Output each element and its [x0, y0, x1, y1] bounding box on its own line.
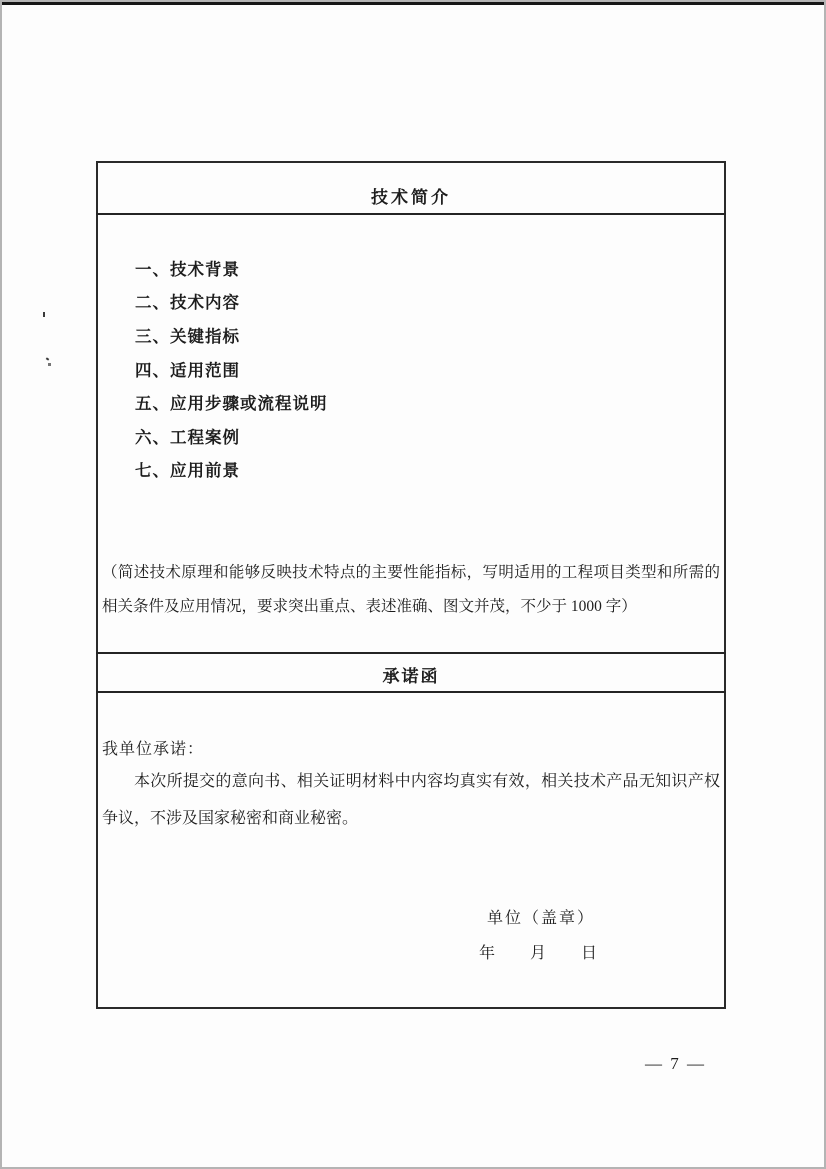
scan-speck	[48, 363, 51, 366]
scan-speck	[43, 312, 45, 317]
divider-under-tech-intro-title	[96, 213, 726, 215]
section-title-commitment: 承诺函	[98, 662, 724, 687]
signature-month-label: 月	[530, 940, 546, 963]
form-outline-box: 技术简介 一、技术背景 二、技术内容 三、关键指标 四、适用范围 五、应用步骤或…	[96, 161, 726, 1009]
list-item-key-indicators: 三、关键指标	[135, 318, 328, 352]
signature-date-line: 年 月 日	[479, 940, 597, 963]
signature-day-label: 日	[581, 940, 597, 963]
commitment-salutation: 我单位承诺：	[102, 736, 204, 759]
list-item-tech-background: 一、技术背景	[135, 251, 328, 285]
scan-speck	[46, 357, 50, 360]
list-item-applicable-scope: 四、适用范围	[135, 352, 328, 386]
scanned-document-page: 技术简介 一、技术背景 二、技术内容 三、关键指标 四、适用范围 五、应用步骤或…	[0, 0, 826, 1169]
signature-year-label: 年	[479, 940, 495, 963]
tech-intro-instructions-note: （简述技术原理和能够反映技术特点的主要性能指标，写明适用的工程项目类型和所需的相…	[102, 556, 720, 623]
divider-above-commitment-title	[96, 652, 726, 654]
page-number: — 7 —	[645, 1054, 706, 1074]
signature-unit-seal-label: 单位（盖章）	[487, 905, 595, 928]
section-title-tech-intro: 技术简介	[98, 183, 724, 208]
list-item-tech-content: 二、技术内容	[135, 285, 328, 319]
list-item-application-prospects: 七、应用前景	[135, 453, 328, 487]
list-item-application-steps: 五、应用步骤或流程说明	[135, 385, 328, 419]
commitment-body-text: 本次所提交的意向书、相关证明材料中内容均真实有效，相关技术产品无知识产权争议，不…	[102, 763, 720, 837]
divider-under-commitment-title	[96, 691, 726, 693]
list-item-engineering-cases: 六、工程案例	[135, 419, 328, 453]
scan-edge-line	[2, 2, 824, 5]
tech-intro-outline-list: 一、技术背景 二、技术内容 三、关键指标 四、适用范围 五、应用步骤或流程说明 …	[135, 251, 328, 486]
